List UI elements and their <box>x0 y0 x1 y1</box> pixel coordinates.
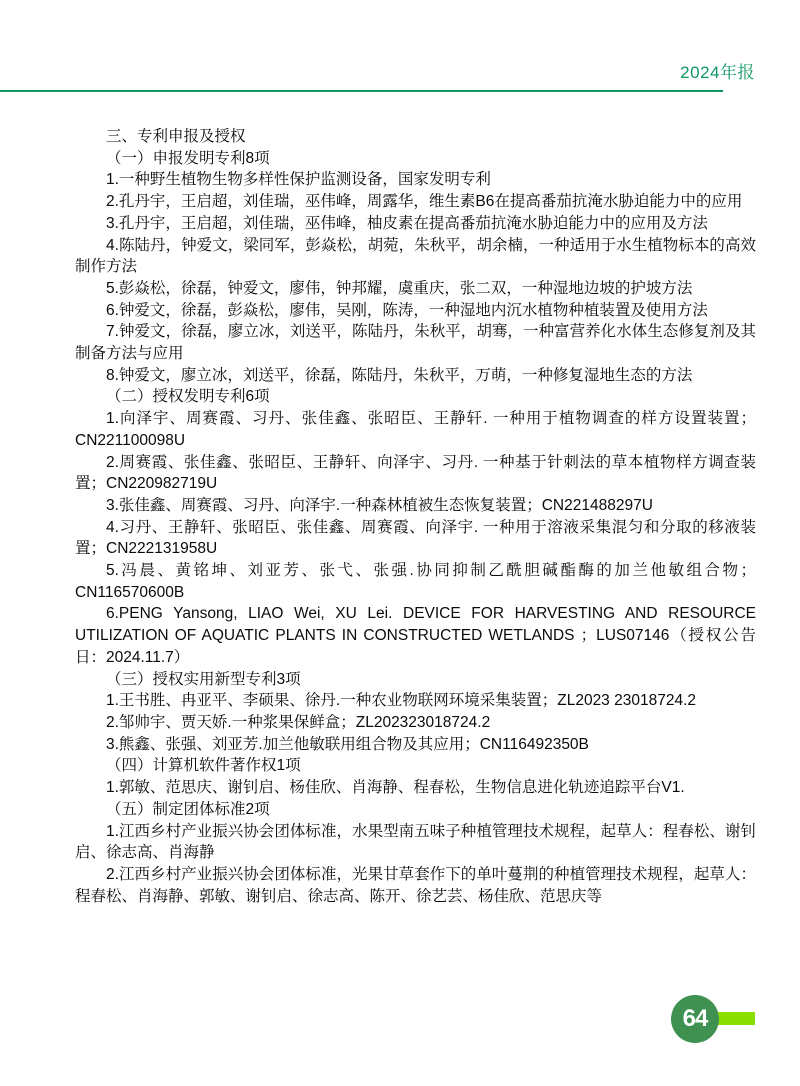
list-item: 1.王书胜、冉亚平、李硕果、徐丹.一种农业物联网环境采集装置；ZL2023 23… <box>75 690 756 712</box>
list-item: 5.彭焱松，徐磊，钟爱文，廖伟，钟邦耀，虞重庆，张二双，一种湿地边坡的护坡方法 <box>75 278 756 300</box>
subsection-heading-group-standards: （五）制定团体标准2项 <box>75 799 756 821</box>
subsection-heading-software-copyright: （四）计算机软件著作权1项 <box>75 755 756 777</box>
list-item: 6.钟爱文，徐磊，彭焱松，廖伟，吴刚，陈涛，一种湿地内沉水植物种植装置及使用方法 <box>75 300 756 322</box>
list-item: 1.一种野生植物生物多样性保护监测设备，国家发明专利 <box>75 169 756 191</box>
header-divider-line <box>0 90 723 92</box>
list-item: 1.江西乡村产业振兴协会团体标准，水果型南五味子种植管理技术规程，起草人：程春松… <box>75 821 756 864</box>
document-body: 三、专利申报及授权 （一）申报发明专利8项 1.一种野生植物生物多样性保护监测设… <box>75 126 756 907</box>
list-item: 6.PENG Yansong, LIAO Wei, XU Lei. DEVICE… <box>75 603 756 668</box>
list-item: 4.习丹、王静轩、张昭臣、张佳鑫、周赛霞、向泽宇. 一种用于溶液采集混匀和分取的… <box>75 517 756 560</box>
section-heading-patents: 三、专利申报及授权 <box>75 126 756 148</box>
list-item: 3.孔丹宇，王启超，刘佳瑞，巫伟峰，柚皮素在提高番茄抗淹水胁迫能力中的应用及方法 <box>75 213 756 235</box>
subsection-heading-utility-models: （三）授权实用新型专利3项 <box>75 669 756 691</box>
list-item: 8.钟爱文，廖立冰，刘送平，徐磊，陈陆丹，朱秋平，万萌，一种修复湿地生态的方法 <box>75 365 756 387</box>
report-year-title: 2024年报 <box>680 58 755 83</box>
list-item: 7.钟爱文，徐磊，廖立冰，刘送平，陈陆丹，朱秋平，胡骞，一种富营养化水体生态修复… <box>75 321 756 364</box>
list-item: 2.孔丹宇，王启超，刘佳瑞，巫伟峰，周露华，维生素B6在提高番茄抗淹水胁迫能力中… <box>75 191 756 213</box>
document-page: 2024年报 三、专利申报及授权 （一）申报发明专利8项 1.一种野生植物生物多… <box>0 0 800 1086</box>
page-number: 64 <box>683 1005 708 1033</box>
list-item: 2.周赛霞、张佳鑫、张昭臣、王静轩、向泽宇、习丹. 一种基于针刺法的草本植物样方… <box>75 452 756 495</box>
list-item: 3.张佳鑫、周赛霞、习丹、向泽宇.一种森林植被生态恢复装置；CN22148829… <box>75 495 756 517</box>
list-item: 1.郭敏、范思庆、谢钊启、杨佳欣、肖海静、程春松，生物信息进化轨迹追踪平台V1. <box>75 777 756 799</box>
subsection-heading-filed-inventions: （一）申报发明专利8项 <box>75 148 756 170</box>
list-item: 2.邹帅宇、贾天娇.一种浆果保鲜盒；ZL202323018724.2 <box>75 712 756 734</box>
list-item: 5.冯晨、黄铭坤、刘亚芳、张弋、张强.协同抑制乙酰胆碱酯酶的加兰他敏组合物；CN… <box>75 560 756 603</box>
list-item: 4.陈陆丹，钟爱文，梁同军，彭焱松，胡菀，朱秋平，胡余楠，一种适用于水生植物标本… <box>75 235 756 278</box>
list-item: 1.向泽宇、周赛霞、习丹、张佳鑫、张昭臣、王静轩. 一种用于植物调查的样方设置装… <box>75 408 756 451</box>
page-number-badge: 64 <box>671 995 719 1043</box>
subsection-heading-granted-inventions: （二）授权发明专利6项 <box>75 386 756 408</box>
list-item: 2.江西乡村产业振兴协会团体标准，光果甘草套作下的单叶蔓荆的种植管理技术规程，起… <box>75 864 756 907</box>
list-item: 3.熊鑫、张强、刘亚芳.加兰他敏联用组合物及其应用；CN116492350B <box>75 734 756 756</box>
